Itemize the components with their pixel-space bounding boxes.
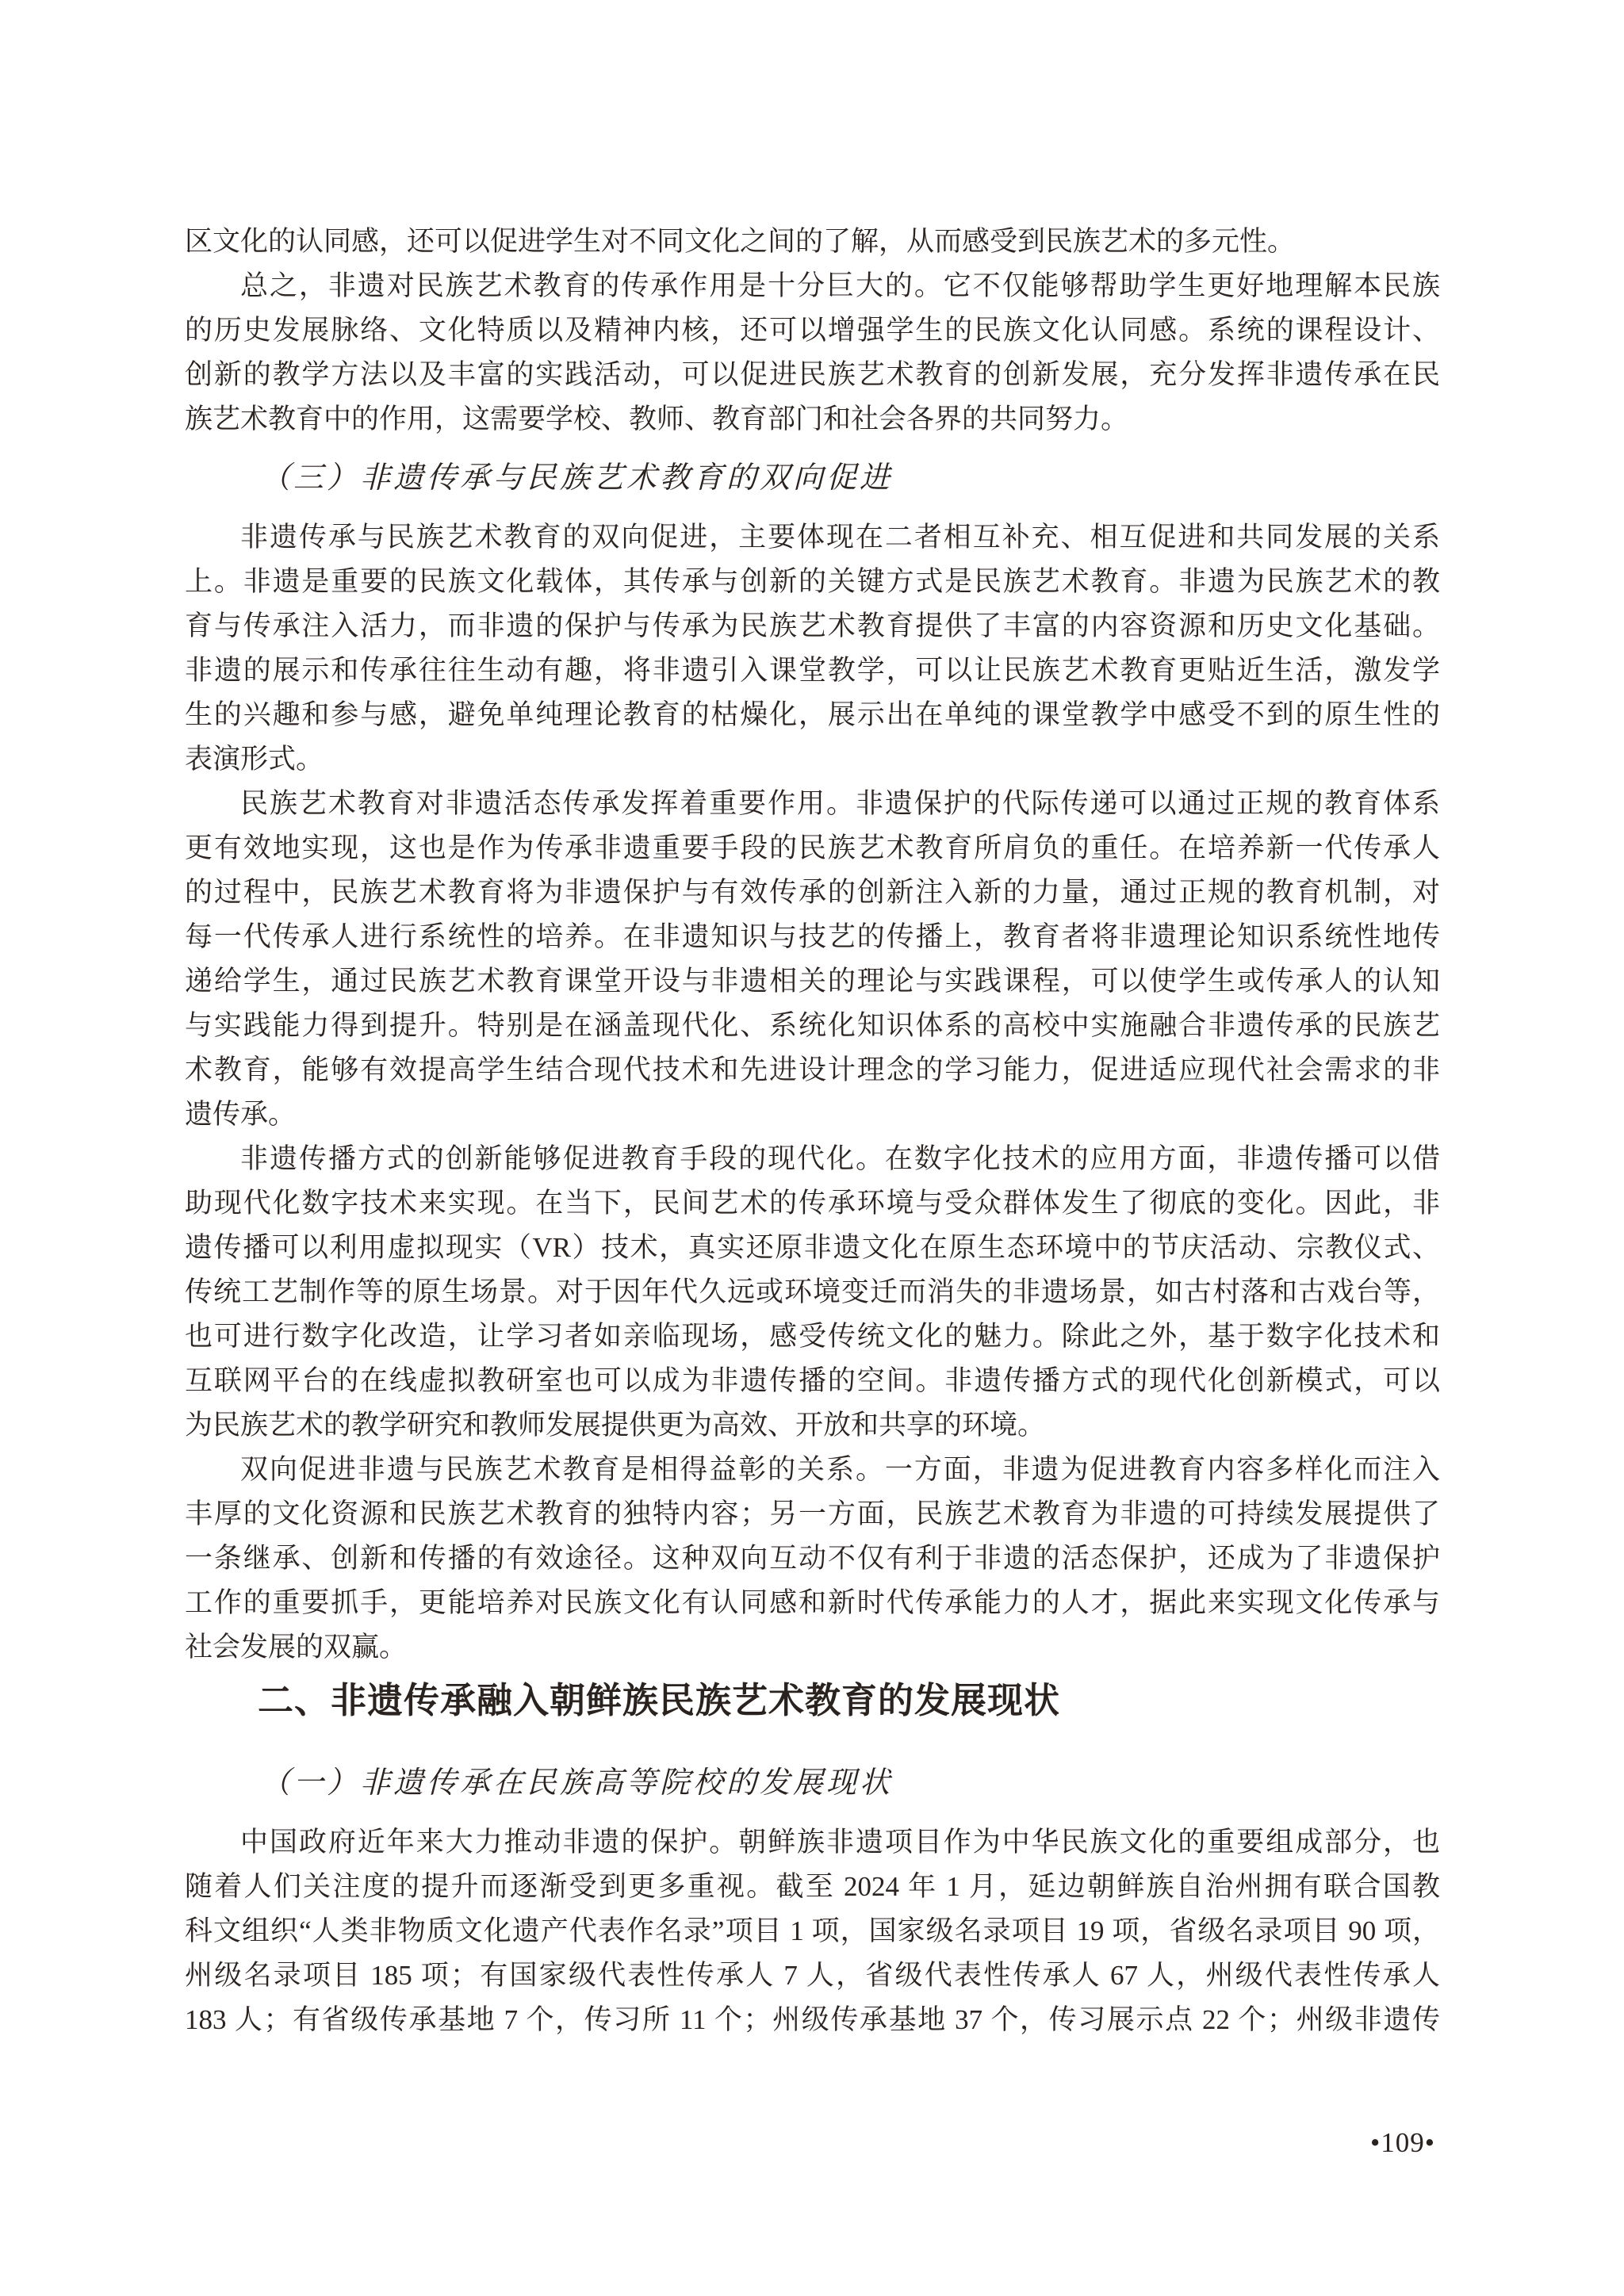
paragraph: 民族艺术教育对非遗活态传承发挥着重要作用。非遗保护的代际传递可以通过正规的教育体…: [185, 782, 1440, 1137]
text-line: 的历史发展脉络、文化特质以及精神内核，还可以增强学生的民族文化认同感。系统的课程…: [185, 308, 1440, 353]
paragraph: 中国政府近年来大力推动非遗的保护。朝鲜族非遗项目作为中华民族文化的重要组成部分，…: [185, 1820, 1440, 2042]
text-line: 上。非遗是重要的民族文化载体，其传承与创新的关键方式是民族艺术教育。非遗为民族艺…: [185, 560, 1440, 604]
paragraph: 非遗传播方式的创新能够促进教育手段的现代化。在数字化技术的应用方面，非遗传播可以…: [185, 1137, 1440, 1448]
text-line: 更有效地实现，这也是作为传承非遗重要手段的民族艺术教育所肩负的重任。在培养新一代…: [185, 826, 1440, 871]
text-line: 创新的教学方法以及丰富的实践活动，可以促进民族艺术教育的创新发展，充分发挥非遗传…: [185, 353, 1440, 397]
text-line: 育与传承注入活力，而非遗的保护与传承为民族艺术教育提供了丰富的内容资源和历史文化…: [185, 604, 1440, 649]
document-page: 区文化的认同感，还可以促进学生对不同文化之间的了解，从而感受到民族艺术的多元性。…: [0, 0, 1624, 2296]
text-line: 总之，非遗对民族艺术教育的传承作用是十分巨大的。它不仅能够帮助学生更好地理解本民…: [185, 264, 1440, 308]
text-line: 非遗传承与民族艺术教育的双向促进，主要体现在二者相互补充、相互促进和共同发展的关…: [185, 515, 1440, 560]
text-line: 助现代化数字技术来实现。在当下，民间艺术的传承环境与受众群体发生了彻底的变化。因…: [185, 1181, 1440, 1226]
text-line: 的过程中，民族艺术教育将为非遗保护与有效传承的创新注入新的力量，通过正规的教育机…: [185, 871, 1440, 915]
text-line: 一条继承、创新和传播的有效途径。这种双向互动不仅有利于非遗的活态保护，还成为了非…: [185, 1536, 1440, 1581]
text-line: 随着人们关注度的提升而逐渐受到更多重视。截至 2024 年 1 月，延边朝鲜族自…: [185, 1865, 1440, 1909]
text-line: 传统工艺制作等的原生场景。对于因年代久远或环境变迁而消失的非遗场景，如古村落和古…: [185, 1270, 1440, 1314]
text-line: 生的兴趣和参与感，避免单纯理论教育的枯燥化，展示出在单纯的课堂教学中感受不到的原…: [185, 693, 1440, 737]
text-line: 非遗传播方式的创新能够促进教育手段的现代化。在数字化技术的应用方面，非遗传播可以…: [185, 1137, 1440, 1181]
text-line: 也可进行数字化改造，让学习者如亲临现场，感受传统文化的魅力。除此之外，基于数字化…: [185, 1314, 1440, 1359]
text-line: 与实践能力得到提升。特别是在涵盖现代化、系统化知识体系的高校中实施融合非遗传承的…: [185, 1004, 1440, 1048]
text-line: 工作的重要抓手，更能培养对民族文化有认同感和新时代传承能力的人才，据此来实现文化…: [185, 1581, 1440, 1625]
text-line: 183 人；有省级传承基地 7 个，传习所 11 个；州级传承基地 37 个，传…: [185, 1998, 1440, 2042]
text-line: 表演形式。: [185, 737, 1440, 782]
text-line: 每一代传承人进行系统性的培养。在非遗知识与技艺的传播上，教育者将非遗理论知识系统…: [185, 915, 1440, 959]
text-line: 民族艺术教育对非遗活态传承发挥着重要作用。非遗保护的代际传递可以通过正规的教育体…: [185, 782, 1440, 826]
text-line: 互联网平台的在线虚拟教研室也可以成为非遗传播的空间。非遗传播方式的现代化创新模式…: [185, 1359, 1440, 1403]
paragraph: 非遗传承与民族艺术教育的双向促进，主要体现在二者相互补充、相互促进和共同发展的关…: [185, 515, 1440, 782]
text-line: 族艺术教育中的作用，这需要学校、教师、教育部门和社会各界的共同努力。: [185, 397, 1440, 442]
text-column: 区文化的认同感，还可以促进学生对不同文化之间的了解，从而感受到民族艺术的多元性。…: [185, 220, 1440, 2042]
text-line: 双向促进非遗与民族艺术教育是相得益彰的关系。一方面，非遗为促进教育内容多样化而注…: [185, 1448, 1440, 1492]
text-line: 非遗的展示和传承往往生动有趣，将非遗引入课堂教学，可以让民族艺术教育更贴近生活，…: [185, 649, 1440, 693]
text-line: 中国政府近年来大力推动非遗的保护。朝鲜族非遗项目作为中华民族文化的重要组成部分，…: [185, 1820, 1440, 1865]
text-line: 社会发展的双赢。: [185, 1625, 1440, 1670]
text-line: 为民族艺术的教学研究和教师发展提供更为高效、开放和共享的环境。: [185, 1403, 1440, 1448]
text-line: 州级名录项目 185 项；有国家级代表性传承人 7 人，省级代表性传承人 67 …: [185, 1954, 1440, 1998]
paragraph: 双向促进非遗与民族艺术教育是相得益彰的关系。一方面，非遗为促进教育内容多样化而注…: [185, 1448, 1440, 1670]
paragraph: 总之，非遗对民族艺术教育的传承作用是十分巨大的。它不仅能够帮助学生更好地理解本民…: [185, 264, 1440, 442]
page-number: •109•: [1370, 2126, 1435, 2160]
text-line: 遗传承。: [185, 1093, 1440, 1137]
text-line: 递给学生，通过民族艺术教育课堂开设与非遗相关的理论与实践课程，可以使学生或传承人…: [185, 959, 1440, 1004]
paragraph: 区文化的认同感，还可以促进学生对不同文化之间的了解，从而感受到民族艺术的多元性。: [185, 220, 1440, 264]
text-line: 丰厚的文化资源和民族艺术教育的独特内容；另一方面，民族艺术教育为非遗的可持续发展…: [185, 1492, 1440, 1536]
text-line: 遗传播可以利用虚拟现实（VR）技术，真实还原非遗文化在原生态环境中的节庆活动、宗…: [185, 1226, 1440, 1270]
text-line: 区文化的认同感，还可以促进学生对不同文化之间的了解，从而感受到民族艺术的多元性。: [185, 220, 1440, 264]
text-line: 科文组织“人类非物质文化遗产代表作名录”项目 1 项，国家级名录项目 19 项，…: [185, 1909, 1440, 1954]
section-heading: 二、非遗传承融入朝鲜族民族艺术教育的发展现状: [258, 1676, 1440, 1725]
text-line: 术教育，能够有效提高学生结合现代技术和先进设计理念的学习能力，促进适应现代社会需…: [185, 1048, 1440, 1093]
subsection-heading: （三）非遗传承与民族艺术教育的双向促进: [260, 456, 1440, 500]
subsection-heading: （一）非遗传承在民族高等院校的发展现状: [260, 1761, 1440, 1805]
